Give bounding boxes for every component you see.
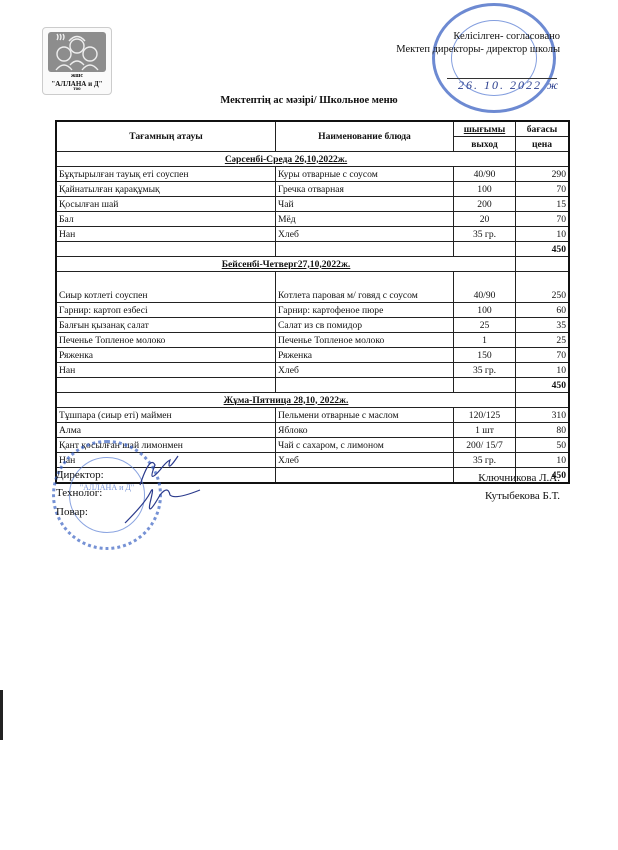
dish-ru: Котлета паровая м/ говяд с соусом (276, 272, 454, 303)
menu-table-body: Сәрсенбі-Среда 26,10,2022ж.Бұқтырылған т… (56, 152, 569, 484)
dish-kz: Бұқтырылған тауық еті соуспен (56, 167, 276, 182)
header-kz-name: Тағамның атауы (56, 121, 276, 152)
dish-ru: Яблоко (276, 423, 454, 438)
page-title: Мектептің ас мәзірі/ Школьное меню (0, 95, 618, 106)
approval-line-2: Мектеп директоры- директор школы (396, 43, 560, 56)
dish-price: 25 (516, 333, 570, 348)
cook-label: Повар: (56, 506, 88, 518)
technologist-name: Кутыбекова Б.Т. (485, 490, 560, 502)
table-row: Гарнир: картоп езбесіГарнир: картофеное … (56, 303, 569, 318)
dish-ru: Гречка отварная (276, 182, 454, 197)
logo-line-1: жшс (43, 73, 111, 79)
dish-kz: Гарнир: картоп езбесі (56, 303, 276, 318)
dish-price: 80 (516, 423, 570, 438)
dish-output: 200 (454, 197, 516, 212)
dish-kz: Ряженка (56, 348, 276, 363)
dish-price: 310 (516, 408, 570, 423)
dish-price: 10 (516, 363, 570, 378)
day-title: Бейсенбі-Четверг27,10,2022ж. (222, 259, 351, 270)
total-row: 450 (56, 378, 569, 393)
dish-ru: Чай (276, 197, 454, 212)
dish-output: 1 шт (454, 423, 516, 438)
dish-price: 70 (516, 348, 570, 363)
director-name: Ключникова Л.А. (478, 472, 560, 484)
table-row: Печенье Топленое молокоПеченье Топленое … (56, 333, 569, 348)
dish-kz: Сиыр котлеті соуспен (56, 272, 276, 303)
table-header-row: Тағамның атауы Наименование блюда шығымы… (56, 121, 569, 137)
dish-kz: Бал (56, 212, 276, 227)
dish-ru: Хлеб (276, 363, 454, 378)
dish-ru: Гарнир: картофеное пюре (276, 303, 454, 318)
dish-kz: Қайнатылған қарақұмық (56, 182, 276, 197)
table-row: НанХлеб35 гр.10 (56, 363, 569, 378)
dish-ru: Хлеб (276, 227, 454, 242)
day-header-row: Жұма-Пятница 28,10, 2022ж. (56, 393, 569, 408)
chefs-illustration-icon (48, 32, 106, 72)
table-row: АлмаЯблоко1 шт80 (56, 423, 569, 438)
table-row: РяженкаРяженка15070 (56, 348, 569, 363)
company-logo: жшс "АЛЛАНА и Д" тоо (42, 27, 112, 95)
dish-output: 200/ 15/7 (454, 438, 516, 453)
header-output-ru: выход (454, 137, 516, 152)
approval-line-1: Келісілген- согласовано (396, 30, 560, 43)
approval-date: 26. 10. 2022 ж (458, 78, 560, 93)
dish-output: 1 (454, 333, 516, 348)
day-header-row: Сәрсенбі-Среда 26,10,2022ж. (56, 152, 569, 167)
dish-output: 120/125 (454, 408, 516, 423)
dish-ru: Мёд (276, 212, 454, 227)
table-row: Тұшпара (сиыр еті) майменПельмени отварн… (56, 408, 569, 423)
dish-ru: Ряженка (276, 348, 454, 363)
total-row: 450 (56, 242, 569, 257)
dish-price: 10 (516, 453, 570, 468)
dish-price: 35 (516, 318, 570, 333)
day-header-row: Бейсенбі-Четверг27,10,2022ж. (56, 257, 569, 272)
dish-output: 100 (454, 303, 516, 318)
dish-kz: Алма (56, 423, 276, 438)
table-row: БалМёд2070 (56, 212, 569, 227)
dish-output: 150 (454, 348, 516, 363)
dish-ru: Салат из св помидор (276, 318, 454, 333)
dish-kz: Тұшпара (сиыр еті) маймен (56, 408, 276, 423)
table-row: НанХлеб35 гр.10 (56, 227, 569, 242)
scan-edge-mark (0, 690, 3, 740)
day-title: Жұма-Пятница 28,10, 2022ж. (224, 395, 349, 406)
day-title: Сәрсенбі-Среда 26,10,2022ж. (225, 154, 347, 165)
dish-price: 70 (516, 182, 570, 197)
technologist-label: Технолог: (56, 487, 102, 499)
table-row: Қайнатылған қарақұмықГречка отварная1007… (56, 182, 569, 197)
signature-icon (120, 445, 210, 525)
dish-kz: Нан (56, 227, 276, 242)
table-row: Бұқтырылған тауық еті соуспенКуры отварн… (56, 167, 569, 182)
dish-output: 35 гр. (454, 363, 516, 378)
header-output-kz: шығымы (454, 121, 516, 137)
table-row: Сиыр котлеті соуспенКотлета паровая м/ г… (56, 272, 569, 303)
dish-output: 40/90 (454, 167, 516, 182)
header-ru-name: Наименование блюда (276, 121, 454, 152)
dish-output: 20 (454, 212, 516, 227)
dish-output: 35 гр. (454, 227, 516, 242)
dish-kz: Нан (56, 363, 276, 378)
dish-output: 100 (454, 182, 516, 197)
approval-block: Келісілген- согласовано Мектеп директоры… (396, 30, 560, 56)
dish-kz: Қосылған шай (56, 197, 276, 212)
director-label: Директор: (56, 469, 104, 481)
logo-line-3: тоо (43, 87, 111, 92)
dish-ru: Пельмени отварные с маслом (276, 408, 454, 423)
table-row: Қосылған шайЧай20015 (56, 197, 569, 212)
dish-price: 60 (516, 303, 570, 318)
day-total: 450 (516, 378, 570, 393)
header-price-kz: бағасы (516, 121, 570, 137)
dish-output: 35 гр. (454, 453, 516, 468)
dish-price: 15 (516, 197, 570, 212)
dish-ru: Куры отварные с соусом (276, 167, 454, 182)
dish-ru: Чай с сахаром, с лимоном (276, 438, 454, 453)
day-total: 450 (516, 242, 570, 257)
dish-kz: Балғын қызанақ салат (56, 318, 276, 333)
dish-kz: Печенье Топленое молоко (56, 333, 276, 348)
dish-price: 70 (516, 212, 570, 227)
header-price-ru: цена (516, 137, 570, 152)
dish-price: 50 (516, 438, 570, 453)
dish-output: 25 (454, 318, 516, 333)
dish-ru: Хлеб (276, 453, 454, 468)
dish-ru: Печенье Топленое молоко (276, 333, 454, 348)
dish-price: 290 (516, 167, 570, 182)
menu-table: Тағамның атауы Наименование блюда шығымы… (55, 120, 570, 484)
dish-output: 40/90 (454, 272, 516, 303)
table-row: Балғын қызанақ салатСалат из св помидор2… (56, 318, 569, 333)
dish-price: 250 (516, 272, 570, 303)
dish-price: 10 (516, 227, 570, 242)
